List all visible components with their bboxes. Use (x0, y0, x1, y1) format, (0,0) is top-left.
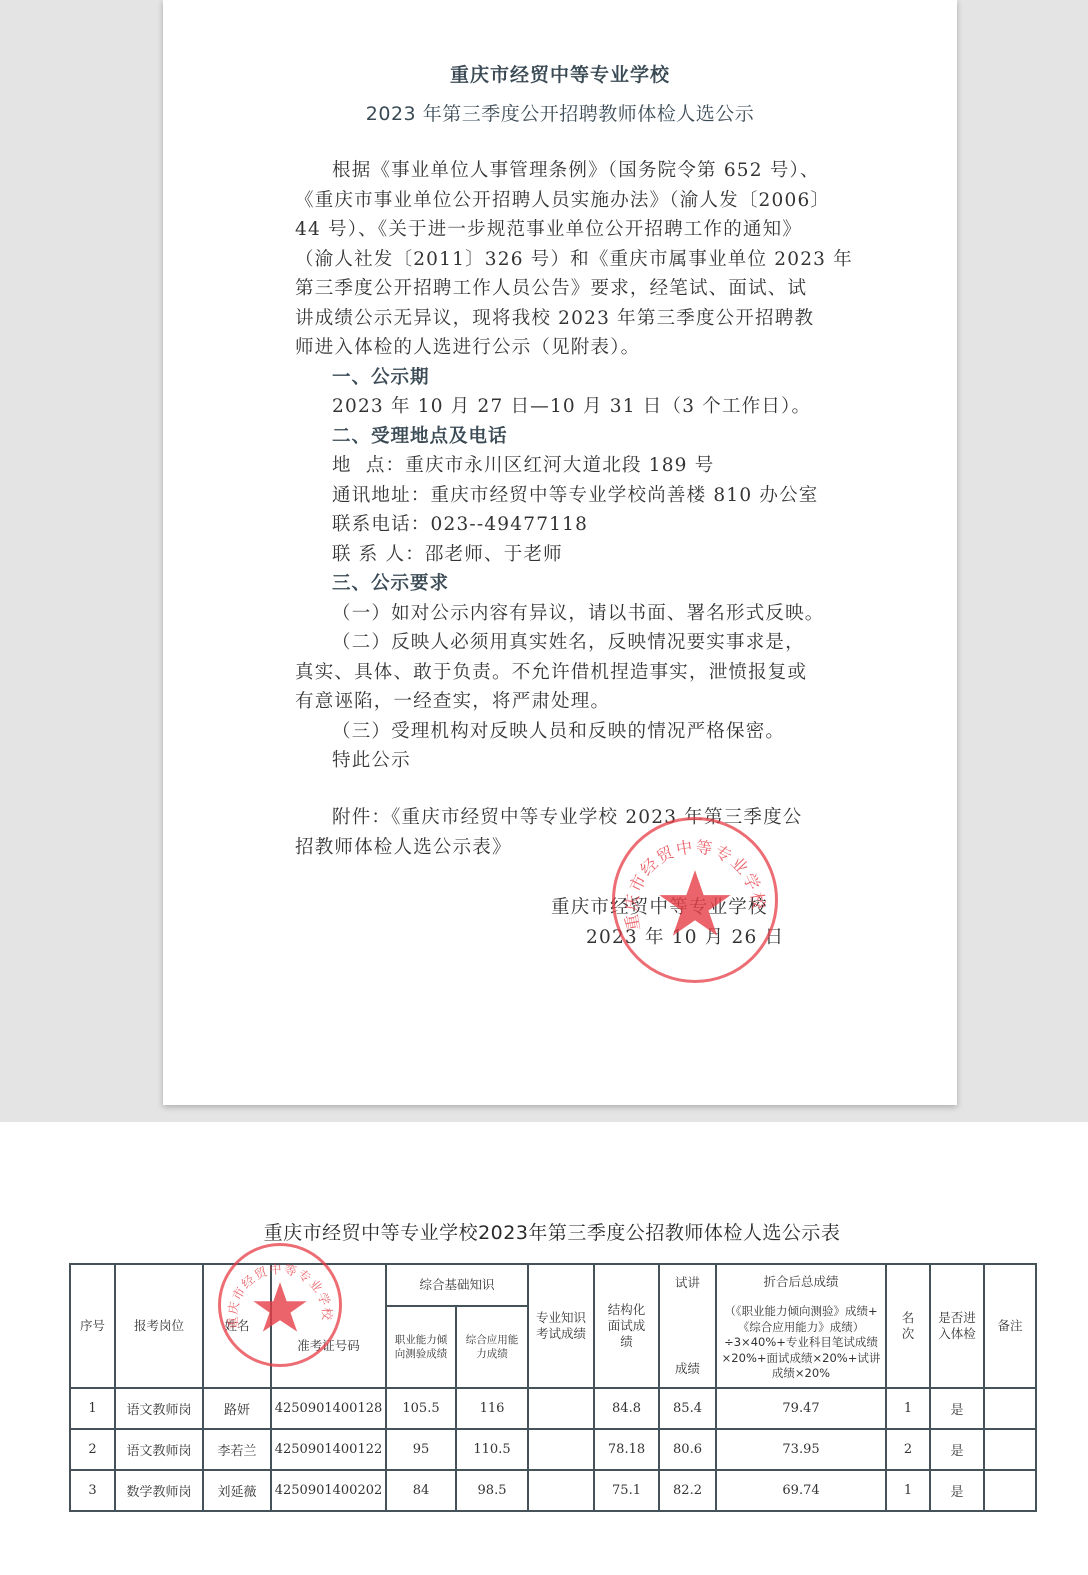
cell-exam-id: 4250901400122 (271, 1429, 386, 1470)
table-row: 1 语文教师岗 路妍 4250901400128 105.5 116 84.8 … (70, 1388, 1036, 1429)
cell-remark (984, 1388, 1036, 1429)
header-exam-id: 准考证号码 (271, 1264, 386, 1388)
section-heading-publicity-period: 一、公示期 (295, 363, 835, 393)
header-physical: 是否进入体检 (930, 1264, 984, 1388)
cell-seq: 2 (70, 1429, 115, 1470)
cell-remark (984, 1429, 1036, 1470)
cell-trial: 82.2 (659, 1470, 716, 1511)
cell-rank: 1 (886, 1388, 930, 1429)
notice-title: 2023 年第三季度公开招聘教师体检人选公示 (163, 99, 957, 126)
header-position: 报考岗位 (115, 1264, 203, 1388)
header-trial-bottom: 成绩 (662, 1361, 713, 1377)
header-total: 折合后总成绩 （《职业能力倾向测验》成绩+《综合应用能力》成绩）÷3×40%+专… (716, 1264, 886, 1388)
header-aptitude: 职业能力倾向测验成绩 (386, 1306, 456, 1388)
school-name-title: 重庆市经贸中等专业学校 (163, 60, 957, 87)
section-heading-requirements: 三、公示要求 (295, 569, 835, 599)
attachment-line: 附件：《重庆市经贸中等专业学校 2023 年第三季度公 (295, 803, 835, 833)
cell-total: 69.74 (716, 1470, 886, 1511)
notice-page: 重庆市经贸中等专业学校 2023 年第三季度公开招聘教师体检人选公示 根据《事业… (163, 0, 957, 1105)
closing-text: 特此公示 (295, 746, 835, 776)
cell-rank: 2 (886, 1429, 930, 1470)
cell-professional (528, 1388, 594, 1429)
cell-total: 73.95 (716, 1429, 886, 1470)
cell-professional (528, 1429, 594, 1470)
header-rank-bottom: 次 (889, 1326, 927, 1342)
header-trial-top: 试讲 (662, 1275, 713, 1291)
cell-trial: 85.4 (659, 1388, 716, 1429)
intro-line: （渝人社发〔2011〕326 号）和《重庆市属事业单位 2023 年 (295, 245, 835, 275)
cell-physical: 是 (930, 1470, 984, 1511)
cell-name: 路妍 (203, 1388, 271, 1429)
intro-line: 讲成绩公示无异议，现将我校 2023 年第三季度公开招聘教 (295, 304, 835, 334)
table-title: 重庆市经贸中等专业学校2023年第三季度公招教师体检人选公示表 (69, 1218, 1035, 1245)
intro-line: 第三季度公开招聘工作人员公告》要求，经笔试、面试、试 (295, 274, 835, 304)
header-interview: 结构化面试成绩 (594, 1264, 659, 1388)
requirement-2-cont: 真实、具体、敢于负责。不允许借机捏造事实，泄愤报复或 (295, 658, 835, 688)
cell-total: 79.47 (716, 1388, 886, 1429)
candidates-table: 序号 报考岗位 姓名 准考证号码 综合基础知识 专业知识考试成绩 结构化面试成绩… (69, 1263, 1037, 1512)
header-trial: 试讲 成绩 (659, 1264, 716, 1388)
cell-seq: 3 (70, 1470, 115, 1511)
table-row: 2 语文教师岗 李若兰 4250901400122 95 110.5 78.18… (70, 1429, 1036, 1470)
intro-line: 《重庆市事业单位公开招聘人员实施办法》（渝人发〔2006〕 (295, 186, 835, 216)
cell-application: 110.5 (456, 1429, 528, 1470)
cell-physical: 是 (930, 1429, 984, 1470)
header-professional: 专业知识考试成绩 (528, 1264, 594, 1388)
cell-physical: 是 (930, 1388, 984, 1429)
intro-line: 根据《事业单位人事管理条例》（国务院令第 652 号）、 (295, 156, 835, 186)
cell-aptitude: 95 (386, 1429, 456, 1470)
cell-aptitude: 105.5 (386, 1388, 456, 1429)
header-application: 综合应用能力成绩 (456, 1306, 528, 1388)
cell-interview: 75.1 (594, 1470, 659, 1511)
signature-school: 重庆市经贸中等专业学校 (551, 893, 768, 919)
header-name: 姓名 (203, 1264, 271, 1388)
requirement-1: （一）如对公示内容有异议，请以书面、署名形式反映。 (295, 599, 835, 629)
requirement-3: （三）受理机构对反映人员和反映的情况严格保密。 (295, 717, 835, 747)
cell-exam-id: 4250901400128 (271, 1388, 386, 1429)
header-total-formula: （《职业能力倾向测验》成绩+《综合应用能力》成绩）÷3×40%+专业科目笔试成绩… (721, 1304, 881, 1382)
cell-position: 语文教师岗 (115, 1429, 203, 1470)
mailing-address-text: 通讯地址：重庆市经贸中等专业学校尚善楼 810 办公室 (295, 481, 835, 511)
header-total-title: 折合后总成绩 (721, 1274, 881, 1290)
header-basic-knowledge: 综合基础知识 (386, 1264, 528, 1306)
attachment-note: 附件：《重庆市经贸中等专业学校 2023 年第三季度公 招教师体检人选公示表》 (295, 803, 835, 862)
cell-application: 116 (456, 1388, 528, 1429)
notice-body: 根据《事业单位人事管理条例》（国务院令第 652 号）、 《重庆市事业单位公开招… (295, 156, 835, 776)
section-heading-contact: 二、受理地点及电话 (295, 422, 835, 452)
attachment-line: 招教师体检人选公示表》 (295, 833, 835, 863)
requirement-2-cont: 有意诬陷，一经查实，将严肃处理。 (295, 687, 835, 717)
signature-date: 2023 年 10 月 26 日 (586, 923, 784, 949)
intro-line: 44 号）、《关于进一步规范事业单位公开招聘工作的通知》 (295, 215, 835, 245)
cell-interview: 84.8 (594, 1388, 659, 1429)
cell-application: 98.5 (456, 1470, 528, 1511)
publicity-period-text: 2023 年 10 月 27 日—10 月 31 日（3 个工作日）。 (295, 392, 835, 422)
intro-line: 师进入体检的人选进行公示（见附表）。 (295, 333, 835, 363)
cell-position: 语文教师岗 (115, 1388, 203, 1429)
header-seq: 序号 (70, 1264, 115, 1388)
cell-seq: 1 (70, 1388, 115, 1429)
header-rank: 名 次 (886, 1264, 930, 1388)
cell-trial: 80.6 (659, 1429, 716, 1470)
location-text: 地 点：重庆市永川区红河大道北段 189 号 (295, 451, 835, 481)
table-row: 3 数学教师岗 刘延薇 4250901400202 84 98.5 75.1 8… (70, 1470, 1036, 1511)
header-remark: 备注 (984, 1264, 1036, 1388)
cell-position: 数学教师岗 (115, 1470, 203, 1511)
cell-professional (528, 1470, 594, 1511)
contact-person-text: 联 系 人：邵老师、于老师 (295, 540, 835, 570)
cell-interview: 78.18 (594, 1429, 659, 1470)
cell-aptitude: 84 (386, 1470, 456, 1511)
requirement-2: （二）反映人必须用真实姓名，反映情况要实事求是， (295, 628, 835, 658)
cell-name: 刘延薇 (203, 1470, 271, 1511)
header-rank-top: 名 (889, 1310, 927, 1326)
phone-text: 联系电话：023--49477118 (295, 510, 835, 540)
cell-rank: 1 (886, 1470, 930, 1511)
cell-remark (984, 1470, 1036, 1511)
cell-name: 李若兰 (203, 1429, 271, 1470)
cell-exam-id: 4250901400202 (271, 1470, 386, 1511)
